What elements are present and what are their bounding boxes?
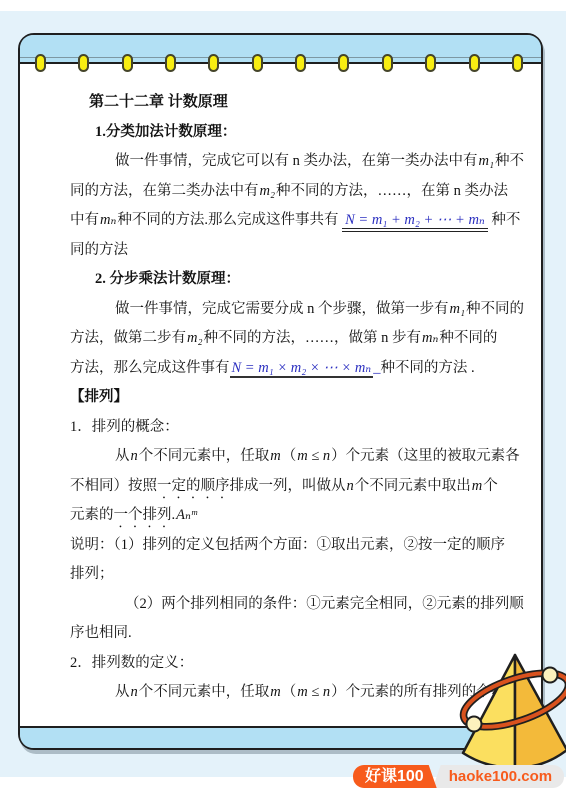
binder-ring <box>122 54 133 72</box>
text-run: 元素的 <box>70 507 114 523</box>
document-line: 不相同）按照一定的顺序排成一列，叫做从n个不同元素中取出m个 <box>70 472 512 502</box>
document-line: 2．排列数的定义： <box>70 649 512 679</box>
text-run: 不相同）按照 <box>70 478 157 494</box>
emphasized-text: 一定的顺序 <box>157 478 230 494</box>
document-line: 序也相同. <box>70 619 512 649</box>
text-run: 方法，做第二步有 <box>70 330 186 346</box>
text-run: 同的方法，在第二类办法中有 <box>70 183 259 199</box>
math-variable: mₙ <box>421 330 439 346</box>
math-variable: n <box>130 448 139 464</box>
brand-name: 好课100 <box>353 765 437 788</box>
document-line: 说明：（1）排列的定义包括两个方面：①取出元素，②按一定的顺序 <box>70 531 512 561</box>
text-run: 排列； <box>70 566 114 582</box>
document-line: 1.分类加法计数原理： <box>70 118 512 148</box>
document-line: 从n个不同元素中，任取m（m ≤ n）个元素的所有排列的个数叫 <box>70 678 512 708</box>
document-line: 第二十二章 计数原理 <box>70 88 512 118</box>
math-variable: Aₙᵐ <box>175 507 198 523</box>
text-run: 方法，那么完成这件事有 <box>70 360 230 376</box>
document-line: 元素的一个排列.Aₙᵐ <box>70 501 512 531</box>
text-run: 同的方法 <box>70 242 128 258</box>
math-variable: m₁ <box>449 301 467 317</box>
text-run: 种不 <box>488 212 521 228</box>
document-line: 方法，做第二步有m₂种不同的方法，……，做第 n 步有mₙ种不同的 <box>70 324 512 354</box>
brand-domain: haoke100.com <box>433 765 564 788</box>
math-variable: m <box>269 684 281 700</box>
text-run: 种不 <box>495 153 524 169</box>
math-variable: m ≤ n <box>296 448 331 464</box>
text-run: 个 <box>483 478 498 494</box>
text-run: 做一件事情，完成它需要分成 n 个步骤，做第一步有 <box>115 301 449 317</box>
math-variable: m <box>471 478 483 494</box>
math-variable: m ≤ n <box>296 684 331 700</box>
text-run: 2. 分步乘法计数原理： <box>95 271 240 287</box>
document-content: 第二十二章 计数原理1.分类加法计数原理：做一件事情，完成它可以有 n 类办法，… <box>70 88 512 708</box>
text-run: 种不同的 <box>466 301 524 317</box>
orbit-bead-icon <box>543 668 558 683</box>
binder-ring <box>382 54 393 72</box>
math-variable: m <box>269 448 281 464</box>
emphasized-text: 一个排列 <box>114 507 172 523</box>
document-line: 方法，那么完成这件事有N = m₁ × m₂ × ⋯ × mₙ_种不同的方法 . <box>70 354 512 384</box>
document-line: 同的方法，在第二类办法中有m₂种不同的方法，……，在第 n 类办法 <box>70 177 512 207</box>
document-line: 2. 分步乘法计数原理： <box>70 265 512 295</box>
cone-icon <box>448 643 566 775</box>
text-run: 序也相同. <box>70 625 132 641</box>
orbit-bead-icon <box>467 717 482 732</box>
text-run: 种不同的方法，……，在第 n 类办法 <box>276 183 508 199</box>
binder-ring <box>78 54 89 72</box>
document-line: 从n个不同元素中，任取m（m ≤ n）个元素（这里的被取元素各 <box>70 442 512 472</box>
document-line: 1．排列的概念： <box>70 413 512 443</box>
text-run: 个不同元素中取出 <box>355 478 471 494</box>
document-line: 做一件事情，完成它需要分成 n 个步骤，做第一步有m₁种不同的 <box>70 295 512 325</box>
text-run: 中有 <box>70 212 99 228</box>
math-variable: m₁ <box>478 153 496 169</box>
text-run: 做一件事情，完成它可以有 n 类办法，在第一类办法中有 <box>115 153 478 169</box>
document-line: 【排列】 <box>70 383 512 413</box>
binder-ring <box>469 54 480 72</box>
text-run: 种不同的 <box>439 330 497 346</box>
cone-illustration <box>448 643 566 775</box>
math-variable: n <box>346 478 355 494</box>
text-run: ）个元素（这里的被取元素各 <box>331 448 520 464</box>
text-run: （ <box>282 684 297 700</box>
text-run: 种不同的方法，……，做第 n 步有 <box>204 330 422 346</box>
text-run: 种不同的方法 . <box>380 360 474 376</box>
math-formula: N = m₁ × m₂ × ⋯ × mₙ <box>230 360 374 378</box>
math-variable: m₂ <box>186 330 204 346</box>
document-line: 做一件事情，完成它可以有 n 类办法，在第一类办法中有m₁种不 <box>70 147 512 177</box>
text-run: 从 <box>115 684 130 700</box>
binder-ring <box>208 54 219 72</box>
math-variable: mₙ <box>99 212 117 228</box>
document-line: 中有mₙ种不同的方法.那么完成这件事共有 N = m₁ + m₂ + ⋯ + m… <box>70 206 512 236</box>
spiral-binding <box>20 35 541 95</box>
text-run: 个不同元素中，任取 <box>139 448 270 464</box>
binder-ring <box>425 54 436 72</box>
text-run: （2）两个排列相同的条件：①元素完全相同，②元素的排列顺 <box>125 596 524 612</box>
text-run: 排成一列，叫做从 <box>230 478 346 494</box>
text-run: 第二十二章 计数原理 <box>89 94 228 110</box>
document-line: 排列； <box>70 560 512 590</box>
text-run: 1.分类加法计数原理： <box>95 124 236 140</box>
text-run: 【排列】 <box>70 389 128 405</box>
binder-ring <box>252 54 263 72</box>
binder-ring <box>295 54 306 72</box>
text-run: 1．排列的概念： <box>70 419 179 435</box>
text-run: （ <box>282 448 297 464</box>
binder-ring <box>338 54 349 72</box>
math-variable: m₂ <box>259 183 277 199</box>
document-line: 同的方法 <box>70 236 512 266</box>
document-line: （2）两个排列相同的条件：①元素完全相同，②元素的排列顺 <box>70 590 512 620</box>
text-run: 说明：（1）排列的定义包括两个方面：①取出元素，②按一定的顺序 <box>70 537 505 553</box>
binder-ring <box>35 54 46 72</box>
text-run: 2．排列数的定义： <box>70 655 193 671</box>
text-run: 从 <box>115 448 130 464</box>
text-run: 种不同的方法.那么完成这件事共有 <box>117 212 342 228</box>
binder-ring <box>512 54 523 72</box>
binder-ring <box>165 54 176 72</box>
math-formula: N = m₁ + m₂ + ⋯ + mₙ <box>342 212 488 232</box>
math-variable: n <box>130 684 139 700</box>
watermark-badge: 好课100 haoke100.com <box>353 765 564 788</box>
text-run: 个不同元素中，任取 <box>139 684 270 700</box>
